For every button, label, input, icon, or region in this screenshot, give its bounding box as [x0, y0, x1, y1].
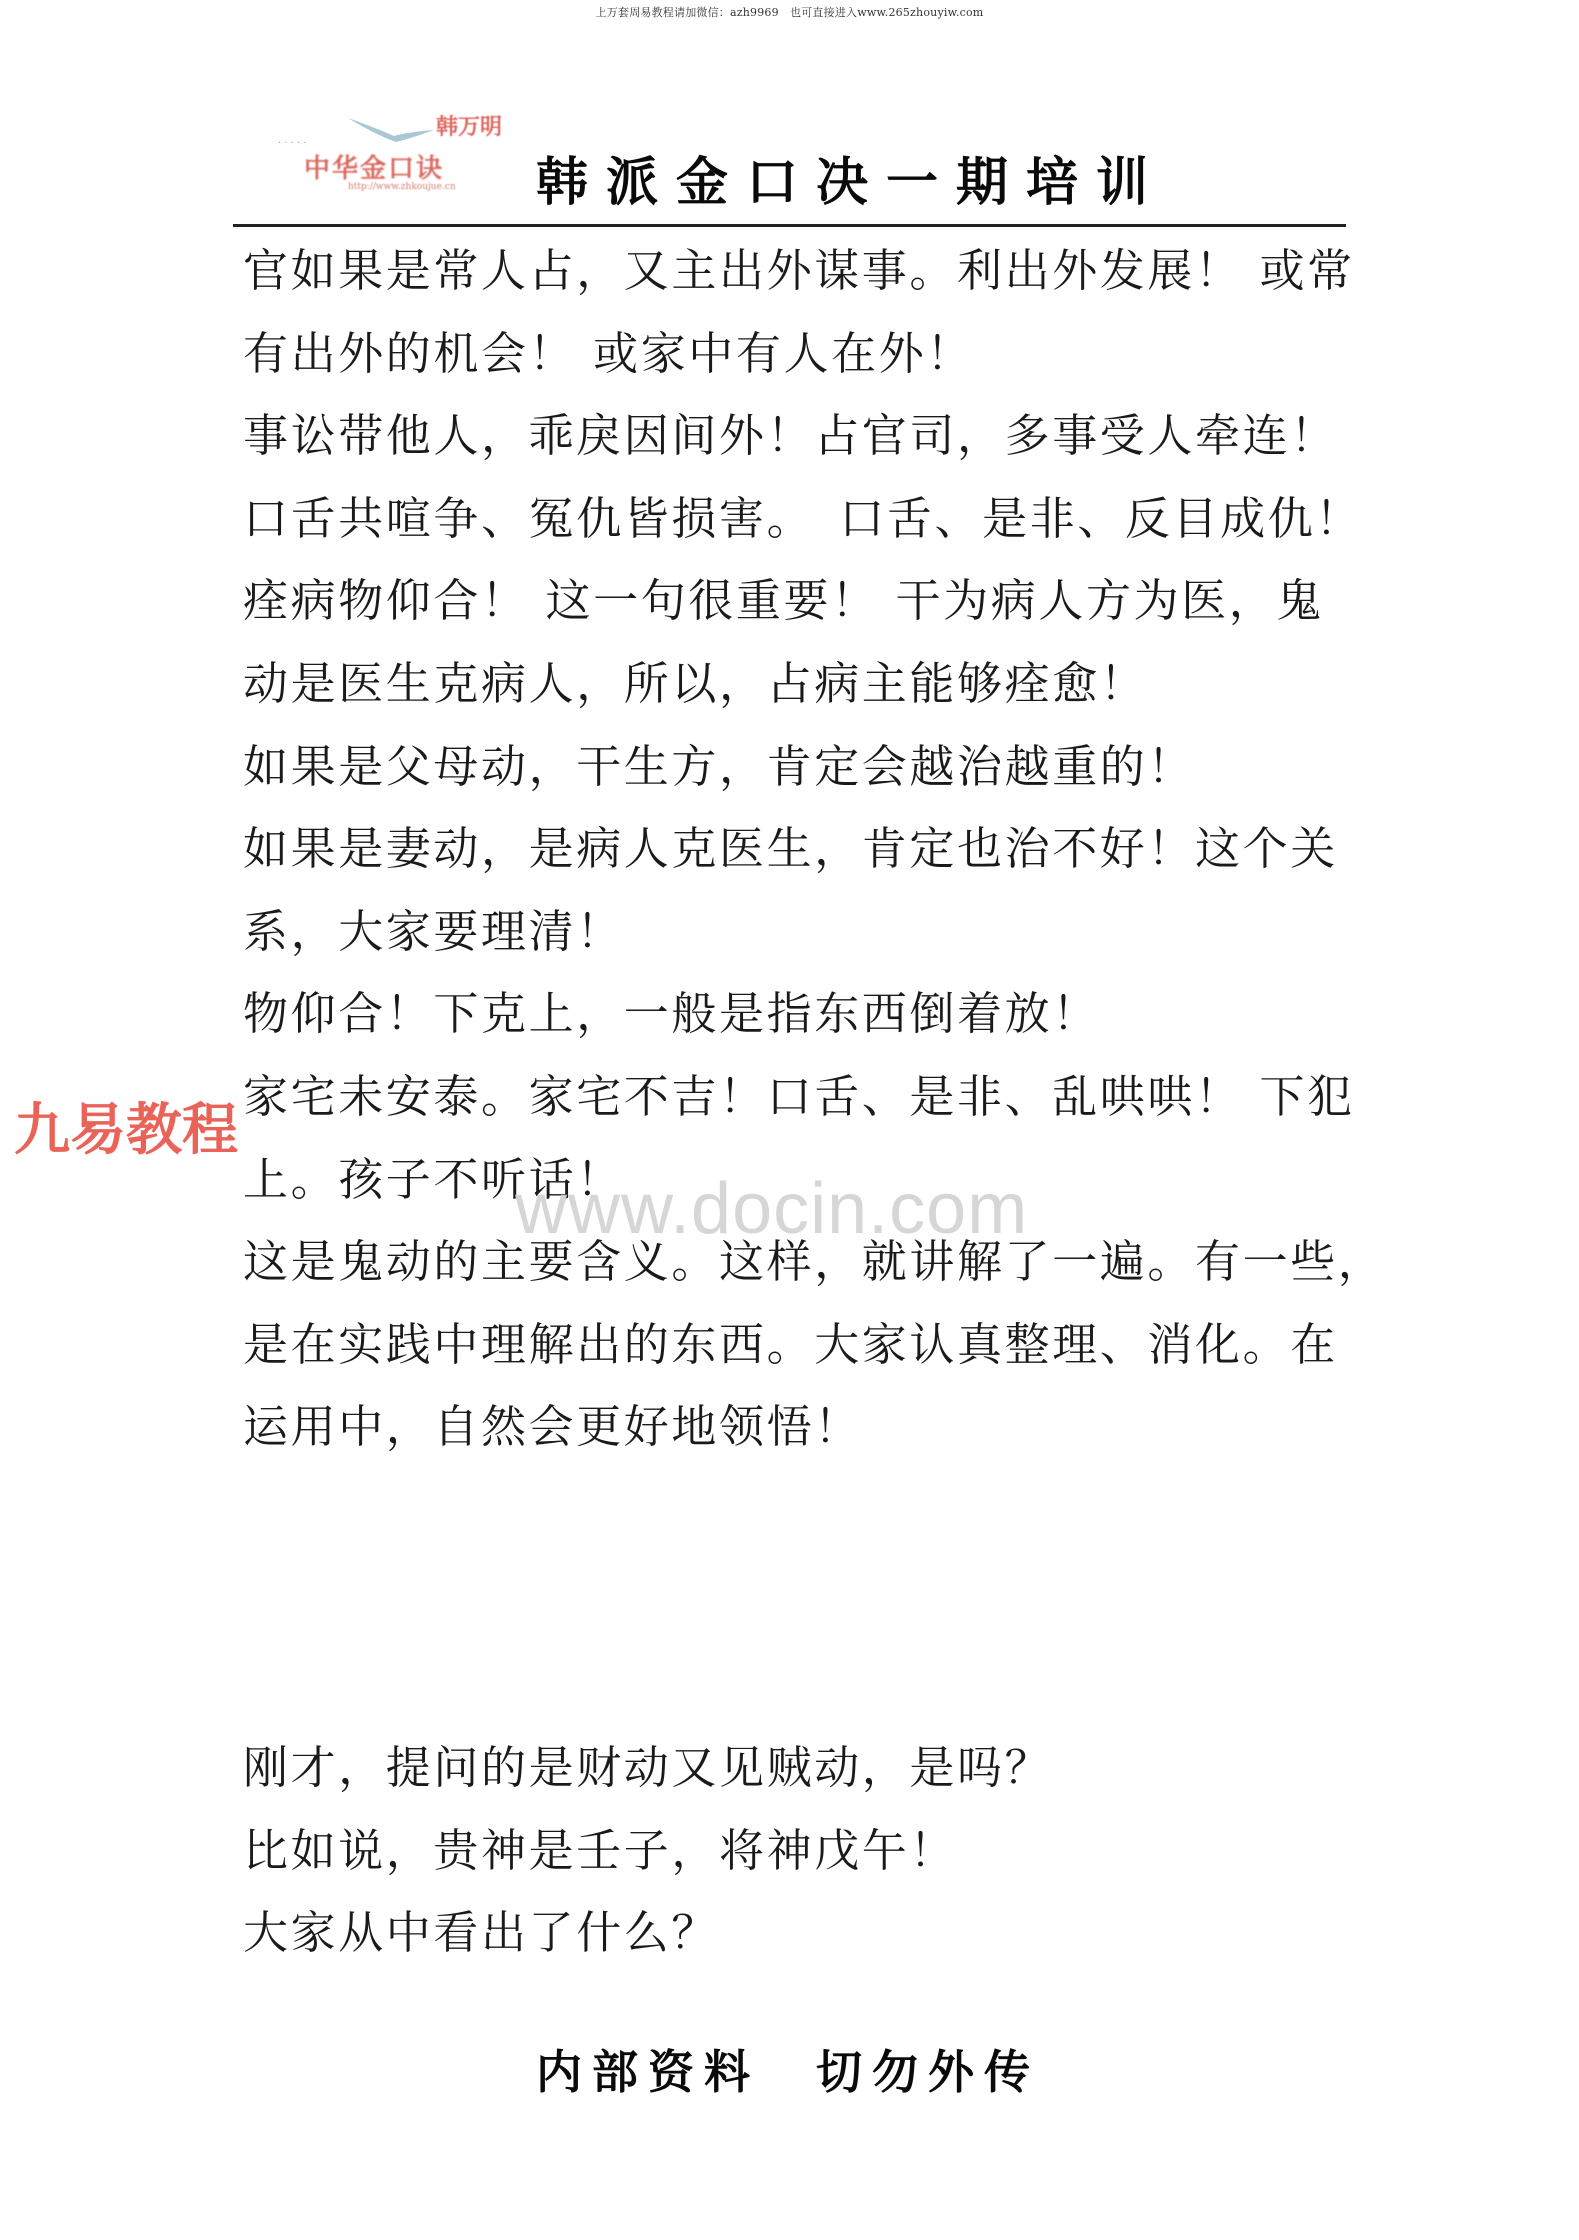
- body-line: 系，大家要理清！: [243, 899, 1353, 982]
- body-line: 大家从中看出了什么？: [243, 1900, 1353, 1983]
- body-line: 运用中，自然会更好地领悟！: [243, 1394, 1353, 1477]
- body-line: 动是医生克病人，所以，占病主能够痊愈！: [243, 651, 1353, 734]
- body-line: 比如说，贵神是壬子，将神戊午！: [243, 1818, 1353, 1901]
- body-line: 物仰合！下克上，一般是指东西倒着放！: [243, 981, 1353, 1064]
- body-line: 如果是父母动，干生方，肯定会越治越重的！: [243, 734, 1353, 817]
- body-line: 是在实践中理解出的东西。大家认真整理、消化。在: [243, 1312, 1353, 1395]
- body-line: 有出外的机会！ 或家中有人在外！: [243, 321, 1353, 404]
- document-body: 官如果是常人占，又主出外谋事。利出外发展！ 或常 有出外的机会！ 或家中有人在外…: [243, 238, 1353, 1477]
- body-line: 刚才，提问的是财动又见贼动，是吗？: [243, 1735, 1353, 1818]
- logo-brand: 中华金口诀: [304, 148, 444, 185]
- bird-logo-icon: [346, 114, 436, 144]
- header-divider: [233, 224, 1346, 227]
- body-line: 官如果是常人占，又主出外谋事。利出外发展！ 或常: [243, 238, 1353, 321]
- body-line: 口舌共喧争、冤仇皆损害。 口舌、是非、反目成仇！: [243, 486, 1353, 569]
- body-line: 如果是妻动，是病人克医生，肯定也治不好！这个关: [243, 816, 1353, 899]
- logo: 韩万明 · · · · · 中华金口诀 http://www.zhkoujue.…: [268, 104, 518, 204]
- document-body-tail: 刚才，提问的是财动又见贼动，是吗？ 比如说，贵神是壬子，将神戊午！ 大家从中看出…: [243, 1735, 1353, 1983]
- logo-url: http://www.zhkoujue.cn: [348, 182, 456, 192]
- body-line: 家宅未安泰。家宅不吉！口舌、是非、乱哄哄！ 下犯: [243, 1064, 1353, 1147]
- logo-decoration: · · · · ·: [278, 138, 307, 149]
- site-watermark: www.docin.com: [515, 1168, 1028, 1250]
- red-watermark: 九易教程: [14, 1086, 238, 1166]
- footer-confidential-stamp: 内部资料 切勿外传: [536, 2036, 1040, 2102]
- body-line: 事讼带他人，乖戾因间外！占官司，多事受人牵连！: [243, 403, 1353, 486]
- body-line: 痊病物仰合！ 这一句很重要！ 干为病人方为医，鬼: [243, 568, 1353, 651]
- logo-author: 韩万明: [436, 110, 502, 141]
- document-title: 韩派金口决一期培训: [536, 140, 1166, 215]
- top-promo-note: 上万套周易教程请加微信：azh9969 也可直接进入www.265zhouyiw…: [0, 4, 1579, 20]
